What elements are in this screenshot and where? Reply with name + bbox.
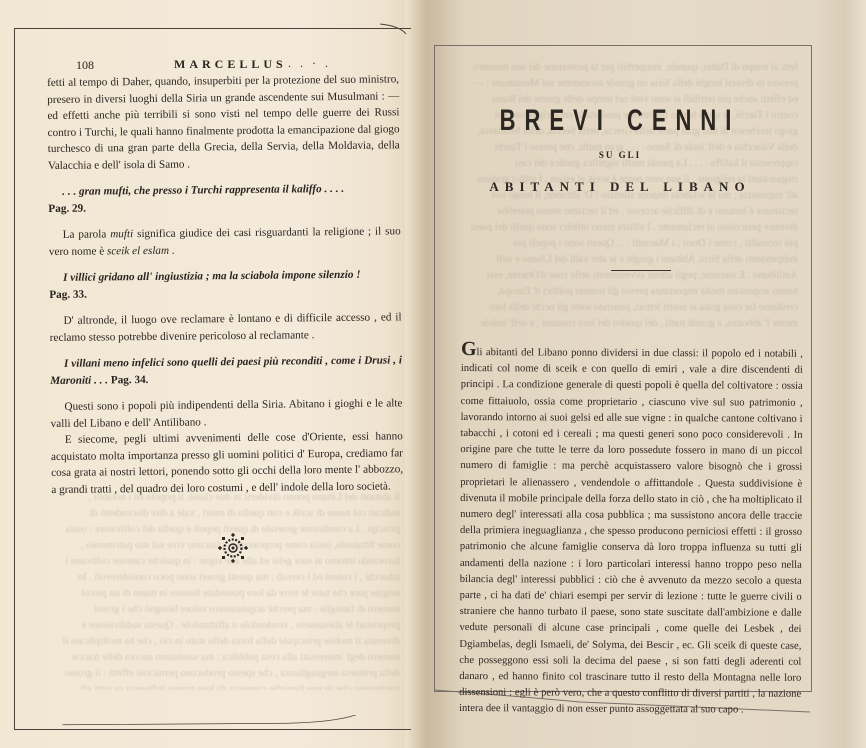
left-page-bottom-border [14,715,414,730]
book-spread: li abitanti del Libano ponno dividersi i… [0,0,866,748]
page-number: 108 [76,58,94,73]
right-page-text: Gli abitanti del Libano ponno dividersi … [459,344,803,719]
paragraph: fetti al tempo di Daher, quando, insuper… [47,71,400,174]
paragraph: La parola mufti significa giudice dei ca… [49,223,401,260]
title-divider [611,270,671,271]
running-title: MARCELLUS [174,57,287,72]
paragraph: D' altronde, il luogo ove reclamare è lo… [49,309,401,346]
quoted-passage: I villani meno infelici sono quelli dei … [50,352,402,389]
paragraph: E siecome, pegli ultimi avvenimenti dell… [51,428,404,498]
running-ornament: . . · . [288,56,331,71]
floral-ornament-icon [218,533,248,563]
left-page-text: fetti al tempo di Daher, quando, insuper… [47,71,403,498]
chapter-title: BREVI CENNI [430,103,810,138]
paragraph: Gli abitanti del Libano ponno dividersi … [459,344,803,719]
chapter-subtitle: SU GLI [430,150,810,160]
left-page-top-curl [380,20,410,40]
paragraph: Questi sono i popoli più indipendenti de… [50,395,402,432]
drop-cap: G [461,338,477,360]
chapter-title-line: ABITANTI DEL LIBANO [430,179,810,195]
